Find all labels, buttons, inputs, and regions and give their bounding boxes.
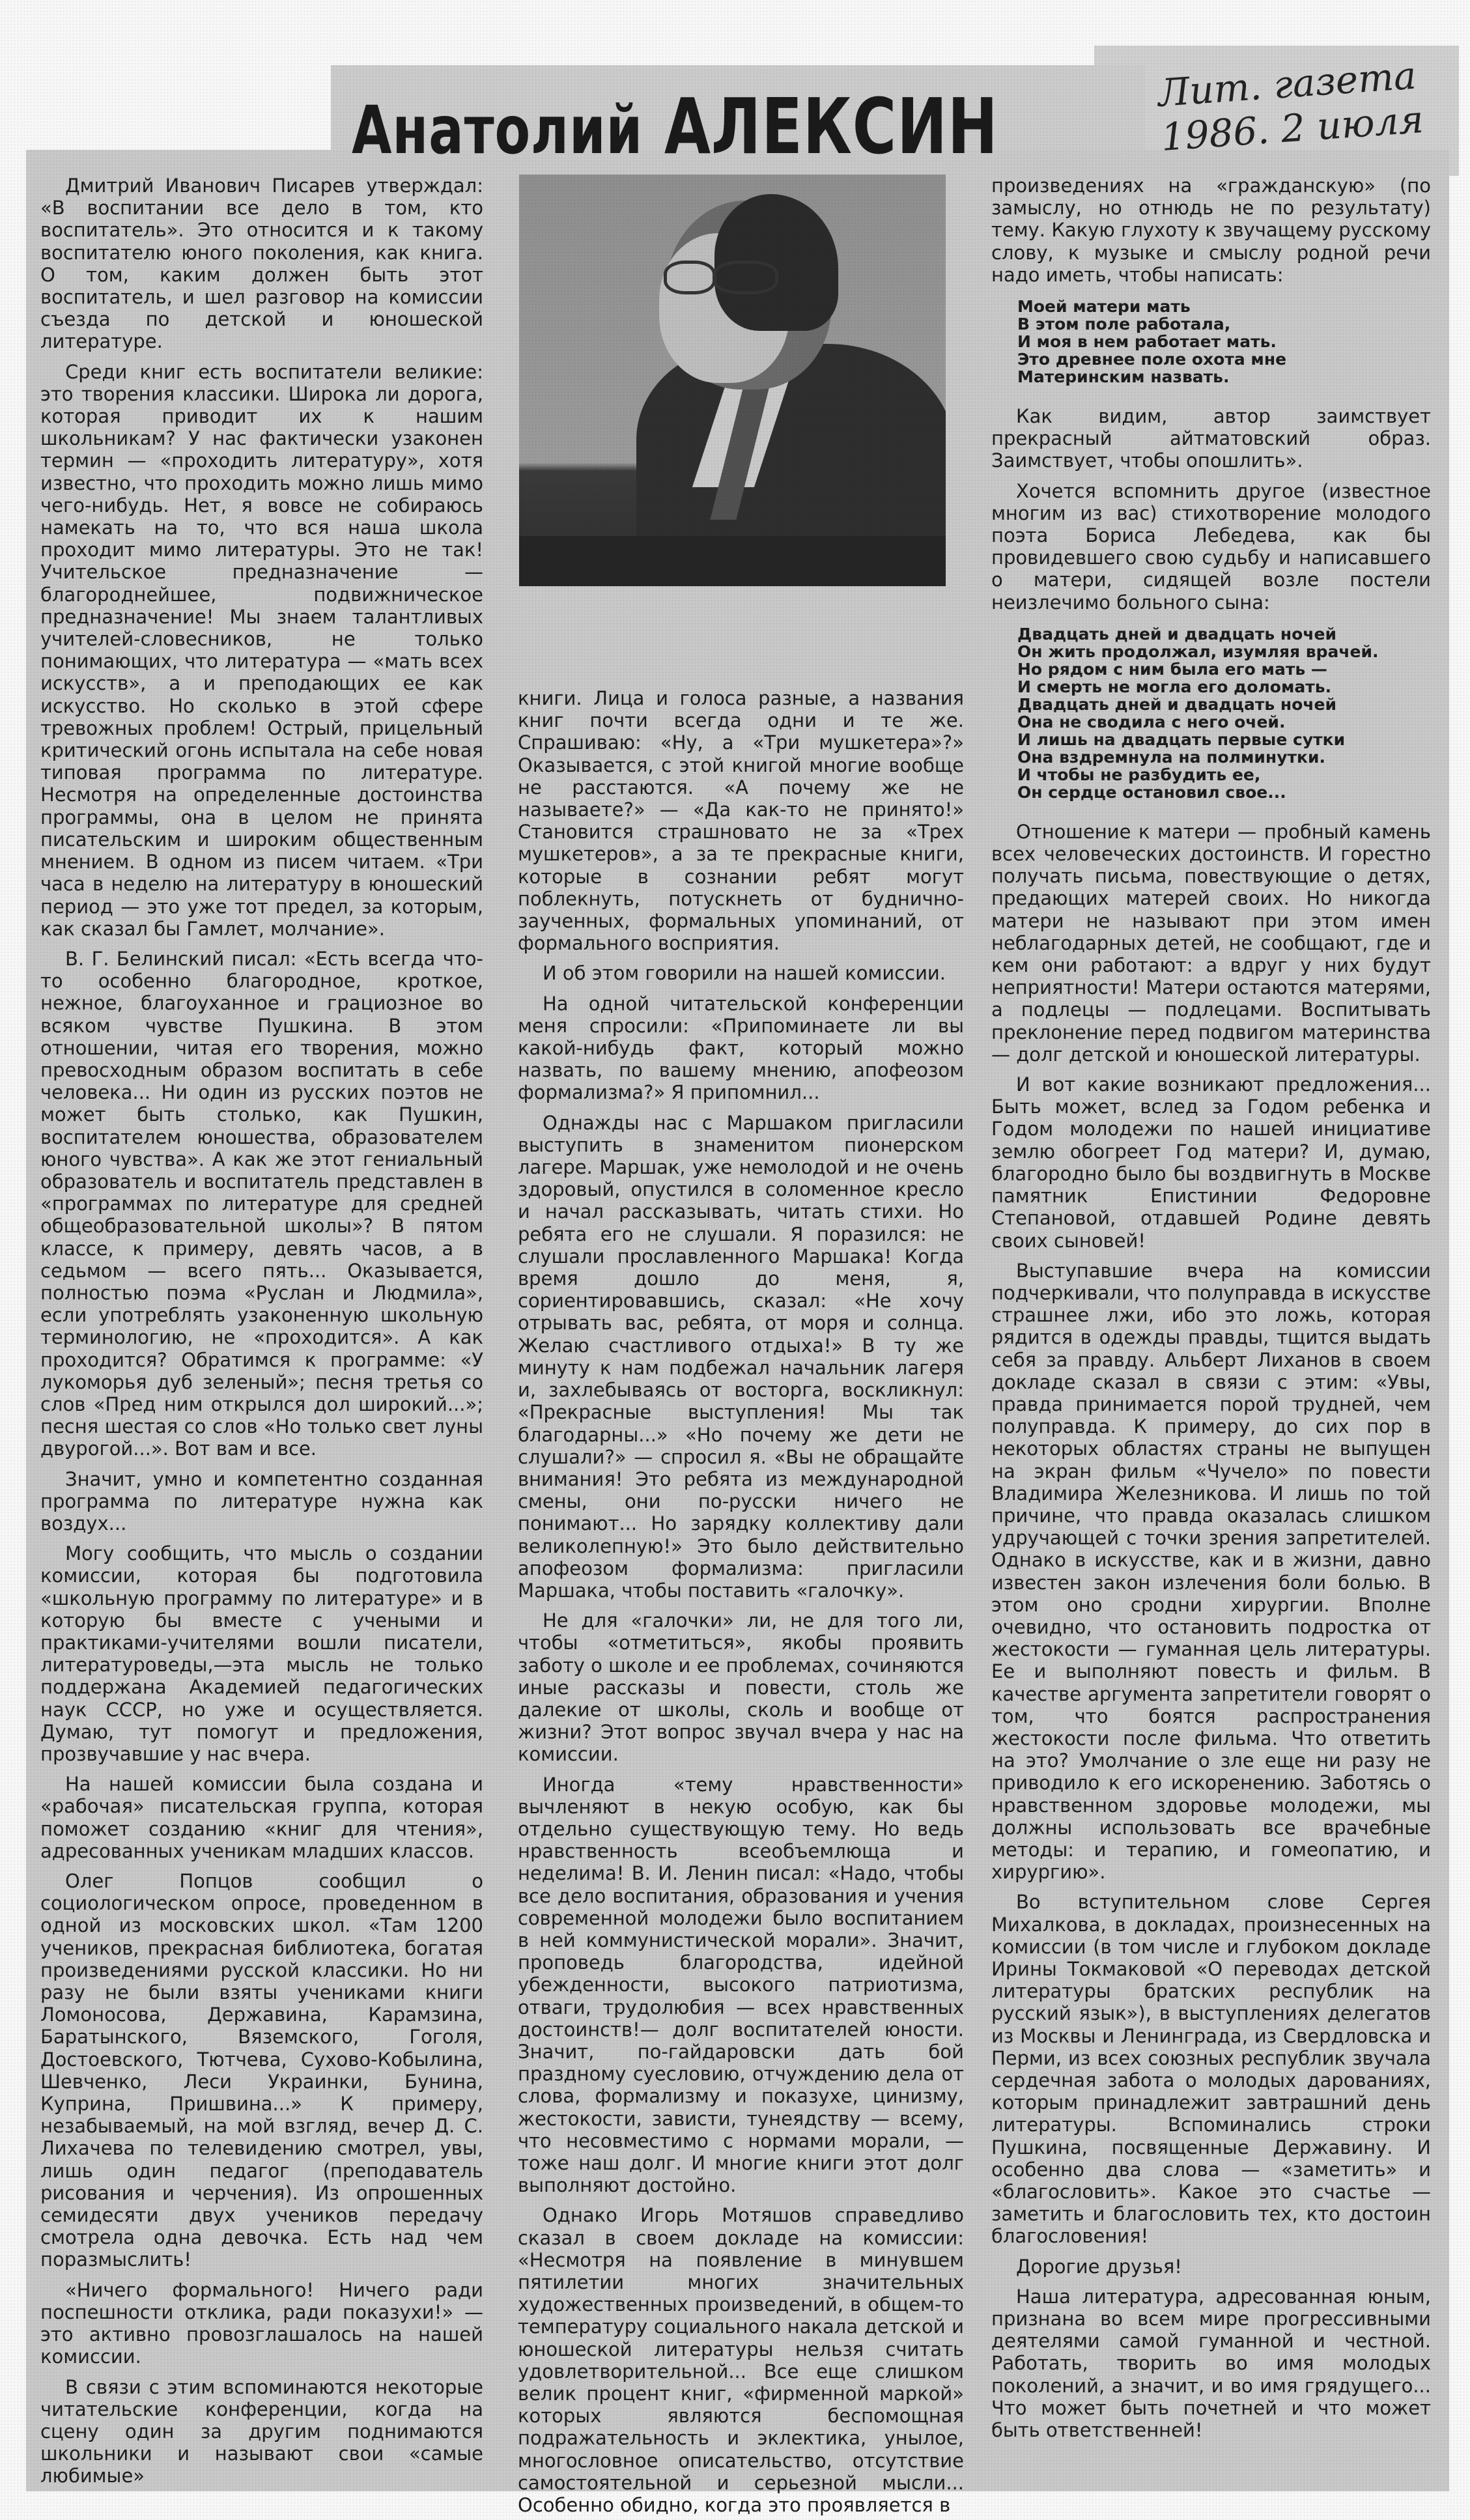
poem-line: Он жить продолжал, изумляя врачей. xyxy=(1017,643,1431,660)
paragraph: В. Г. Белинский писал: «Есть всегда что-… xyxy=(40,948,483,1460)
paragraph: И вот какие возникают предложения... Быт… xyxy=(991,1073,1431,1252)
paragraph: Среди книг есть воспитатели великие: это… xyxy=(40,361,483,940)
poem-line: Это древнее поле охота мне xyxy=(1017,350,1431,368)
paragraph: Наша литература, адресованная юным, приз… xyxy=(991,2286,1431,2441)
poem-quote-2: Двадцать дней и двадцать ночей Он жить п… xyxy=(1017,625,1431,801)
poem-quote-1: Моей матери мать В этом поле работала, И… xyxy=(1017,298,1431,386)
paragraph: Дорогие друзья! xyxy=(991,2256,1431,2278)
paragraph: Отношение к матери — пробный камень всех… xyxy=(991,821,1431,1066)
paragraph: Однажды нас с Маршаком пригласили выступ… xyxy=(518,1112,964,1602)
paragraph: Как видим, автор заимствует прекрасный а… xyxy=(991,405,1431,472)
photo-glasses xyxy=(713,261,778,294)
author-first-name: Анатолий xyxy=(352,92,643,169)
poem-line: Она вздремнула на полминутки. xyxy=(1017,748,1431,766)
paragraph: Дмитрий Иванович Писарев утверждал: «В в… xyxy=(40,175,483,353)
poem-line: Но рядом с ним была его мать — xyxy=(1017,660,1431,678)
photo-glasses xyxy=(664,261,716,294)
paragraph: Значит, умно и компетентно созданная про… xyxy=(40,1468,483,1535)
article-headline: Анатолий АЛЕКСИН xyxy=(352,81,998,171)
paragraph: В связи с этим вспоминаются некоторые чи… xyxy=(40,2376,483,2487)
photo-lectern xyxy=(519,536,946,586)
poem-line: Он сердце остановил свое... xyxy=(1017,784,1431,801)
article-column-1: Дмитрий Иванович Писарев утверждал: «В в… xyxy=(40,175,483,2495)
article-column-3: произведениях на «гражданскую» (по замыс… xyxy=(991,175,1431,2449)
paragraph: Выступавшие вчера на комиссии подчеркива… xyxy=(991,1260,1431,1884)
poem-line: И чтобы не разбудить ее, xyxy=(1017,766,1431,784)
poem-line: И смерть не могла его доломать. xyxy=(1017,678,1431,696)
article-column-2: книги. Лица и голоса разные, а названия … xyxy=(518,687,964,2520)
author-last-name: АЛЕКСИН xyxy=(664,81,998,171)
paragraph: Хочется вспомнить другое (известное мног… xyxy=(991,480,1431,614)
poem-line: В этом поле работала, xyxy=(1017,315,1431,333)
paragraph: Не для «галочки» ли, не для того ли, что… xyxy=(518,1609,964,1765)
paragraph: На одной читательской конференции меня с… xyxy=(518,993,964,1104)
paragraph: Однако Игорь Мотяшов справедливо сказал … xyxy=(518,2204,964,2516)
paragraph: произведениях на «гражданскую» (по замыс… xyxy=(991,175,1431,286)
poem-line: И лишь на двадцать первые сутки xyxy=(1017,731,1431,748)
paragraph: Во вступительном слове Сергея Михалкова,… xyxy=(991,1891,1431,2247)
paragraph: книги. Лица и голоса разные, а названия … xyxy=(518,687,964,954)
paragraph: На нашей комиссии была создана и «рабоча… xyxy=(40,1773,483,1862)
poem-line: Она не сводила с него очей. xyxy=(1017,713,1431,731)
poem-line: Двадцать дней и двадцать ночей xyxy=(1017,696,1431,713)
poem-line: Двадцать дней и двадцать ночей xyxy=(1017,625,1431,643)
paragraph: Иногда «тему нравственности» вычленяют в… xyxy=(518,1774,964,2197)
poem-line: И моя в нем работает мать. xyxy=(1017,333,1431,350)
paragraph: Олег Попцов сообщил о социологическом оп… xyxy=(40,1870,483,2271)
poem-line: Моей матери мать xyxy=(1017,298,1431,315)
paragraph: И об этом говорили на нашей комиссии. xyxy=(518,962,964,984)
handwritten-source-note: Лит. газета 1986. 2 июля xyxy=(1157,53,1425,160)
paragraph: «Ничего формального! Ничего ради поспешн… xyxy=(40,2279,483,2368)
poem-line: Материнским назвать. xyxy=(1017,368,1431,386)
paragraph: Могу сообщить, что мысль о создании коми… xyxy=(40,1542,483,1765)
author-photo xyxy=(519,175,946,586)
